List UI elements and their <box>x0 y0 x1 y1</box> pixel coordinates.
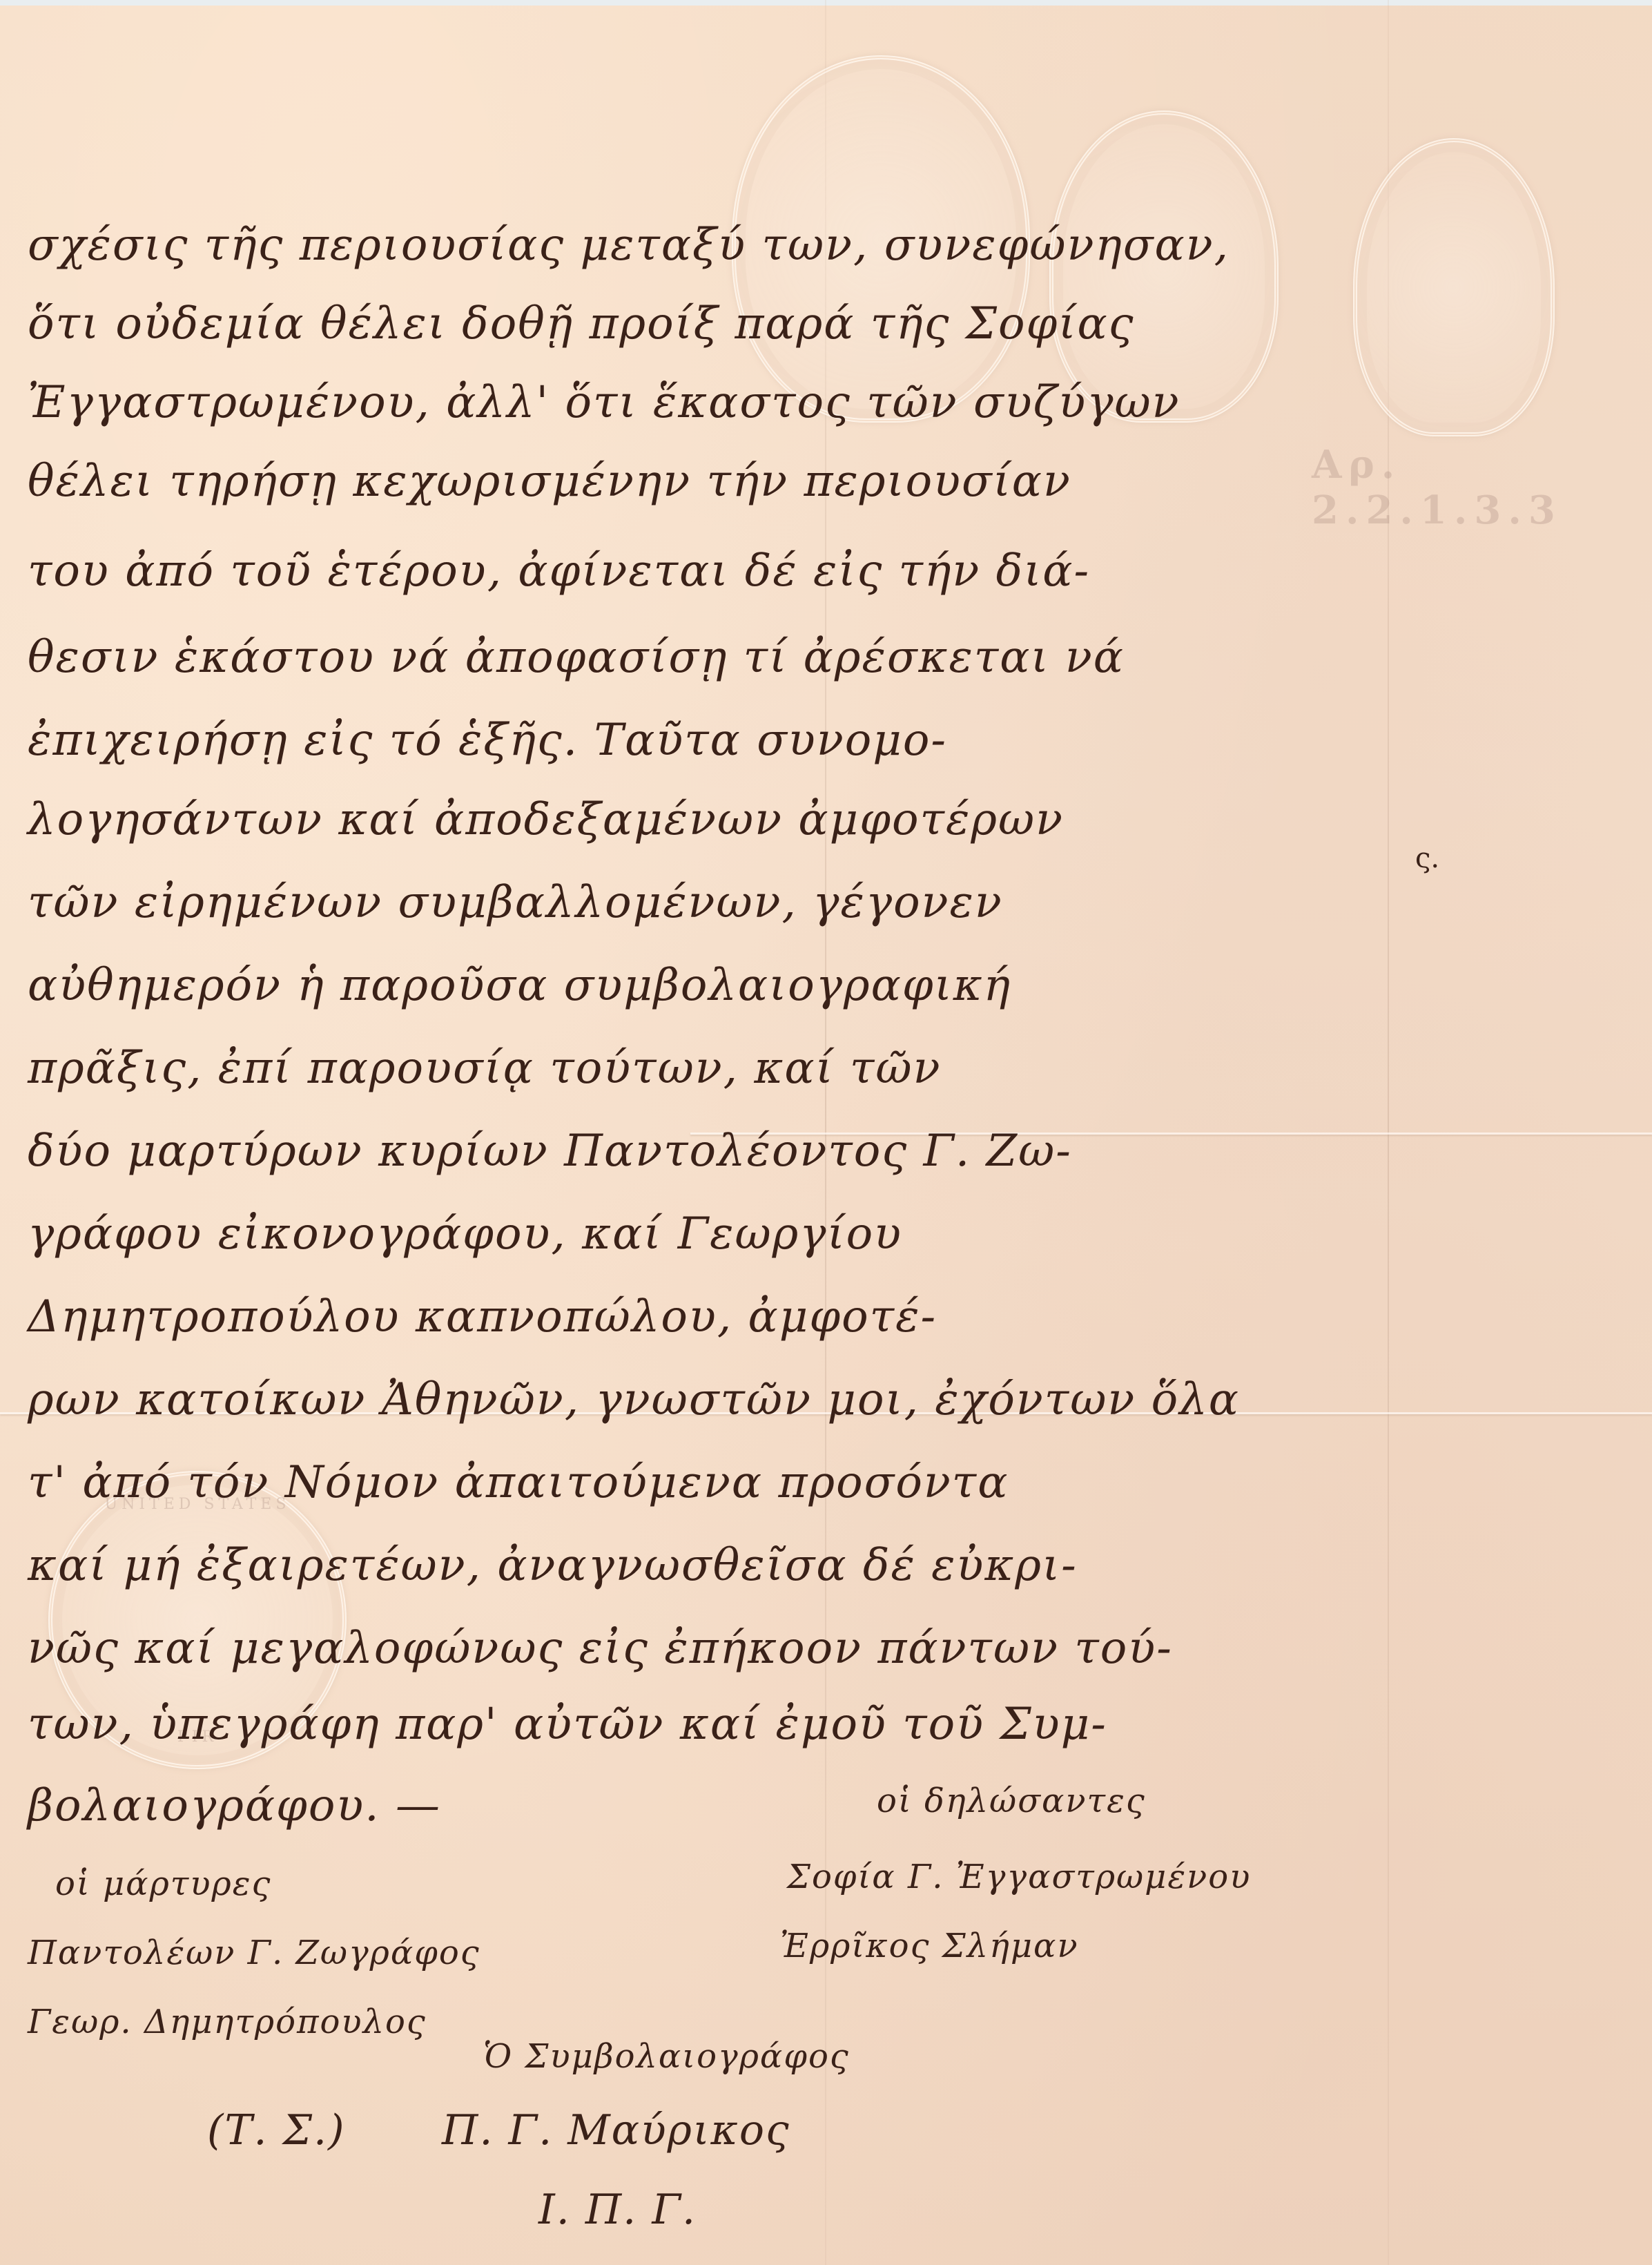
body-line-10: αὐθημερόν ἡ παροῦσα συμβολαιογραφική <box>28 960 1011 1011</box>
notary-signature: Π. Γ. Μαύρικος <box>442 2106 790 2155</box>
declarant-signature-1: Σοφία Γ. Ἐγγαστρωμένου <box>787 1858 1251 1896</box>
body-line-18: νῶς καί μεγαλοφώνως εἰς ἐπήκοον πάντων τ… <box>28 1623 1173 1674</box>
body-line-20: βολαιογράφου. — <box>28 1780 441 1831</box>
witnesses-label: οἱ μάρτυρες <box>55 1864 271 1903</box>
body-line-3: Ἐγγαστρωμένου, ἀλλ' ὅτι ἕκαστος τῶν συζύ… <box>28 377 1180 428</box>
margin-mark: ς. <box>1415 842 1439 874</box>
faint-stamp-number: Αρ. 2.2.1.3.3 <box>1312 442 1652 533</box>
witness-signature-2: Γεωρ. Δημητρόπουλος <box>28 2003 427 2041</box>
body-line-19: των, ὑπεγράφη παρ' αὐτῶν καί ἐμοῦ τοῦ Συ… <box>28 1699 1107 1750</box>
body-line-15: ρων κατοίκων Ἀθηνῶν, γνωστῶν μοι, ἐχόντω… <box>28 1374 1240 1425</box>
body-line-1: σχέσις τῆς περιουσίας μεταξύ των, συνεφώ… <box>28 220 1230 271</box>
seal-mark: (Τ. Σ.) <box>207 2106 345 2155</box>
declarant-signature-2: Ἐρρῖκος Σλήμαν <box>780 1927 1079 1965</box>
body-line-14: Δημητροπούλου καπνοπώλου, ἀμφοτέ- <box>28 1291 937 1342</box>
body-line-8: λογησάντων καί ἀποδεξαμένων ἀμφοτέρων <box>28 794 1064 845</box>
body-line-5: του ἀπό τοῦ ἑτέρου, ἀφίνεται δέ εἰς τήν … <box>28 546 1090 597</box>
body-line-11: πρᾶξις, ἐπί παρουσίᾳ τούτων, καί τῶν <box>28 1043 941 1094</box>
declarants-label: οἱ δηλώσαντες <box>877 1782 1146 1820</box>
witness-signature-1: Παντολέων Γ. Ζωγράφος <box>28 1934 480 1972</box>
body-line-12: δύο μαρτύρων κυρίων Παντολέοντος Γ. Ζω- <box>28 1126 1072 1177</box>
notary-label: Ὁ Συμβολαιογράφος <box>483 2037 850 2076</box>
body-line-16: τ' ἀπό τόν Νόμον ἀπαιτούμενα προσόντα <box>28 1457 1009 1508</box>
body-line-17: καί μή ἐξαιρετέων, ἀναγνωσθεῖσα δέ εὐκρι… <box>28 1540 1078 1591</box>
embossed-seal-top-right <box>1353 138 1555 436</box>
body-line-9: τῶν εἰρημένων συμβαλλομένων, γέγονεν <box>28 877 1003 928</box>
document-page: Αρ. 2.2.1.3.3 UNITED STATES PIR σχέσις τ… <box>0 0 1652 2265</box>
notary-initials: Ι. Π. Γ. <box>538 2186 697 2234</box>
body-line-4: θέλει τηρήσῃ κεχωρισμένην τήν περιουσίαν <box>28 456 1071 507</box>
body-line-13: γράφου εἰκονογράφου, καί Γεωργίου <box>28 1208 902 1260</box>
body-line-2: ὅτι οὐδεμία θέλει δοθῇ προίξ παρά τῆς Σο… <box>28 298 1135 349</box>
body-line-7: ἐπιχειρήσῃ εἰς τό ἑξῆς. Ταῦτα συνομο- <box>28 715 947 766</box>
body-line-6: θεσιν ἑκάστου νά ἀποφασίσῃ τί ἀρέσκεται … <box>28 632 1125 683</box>
